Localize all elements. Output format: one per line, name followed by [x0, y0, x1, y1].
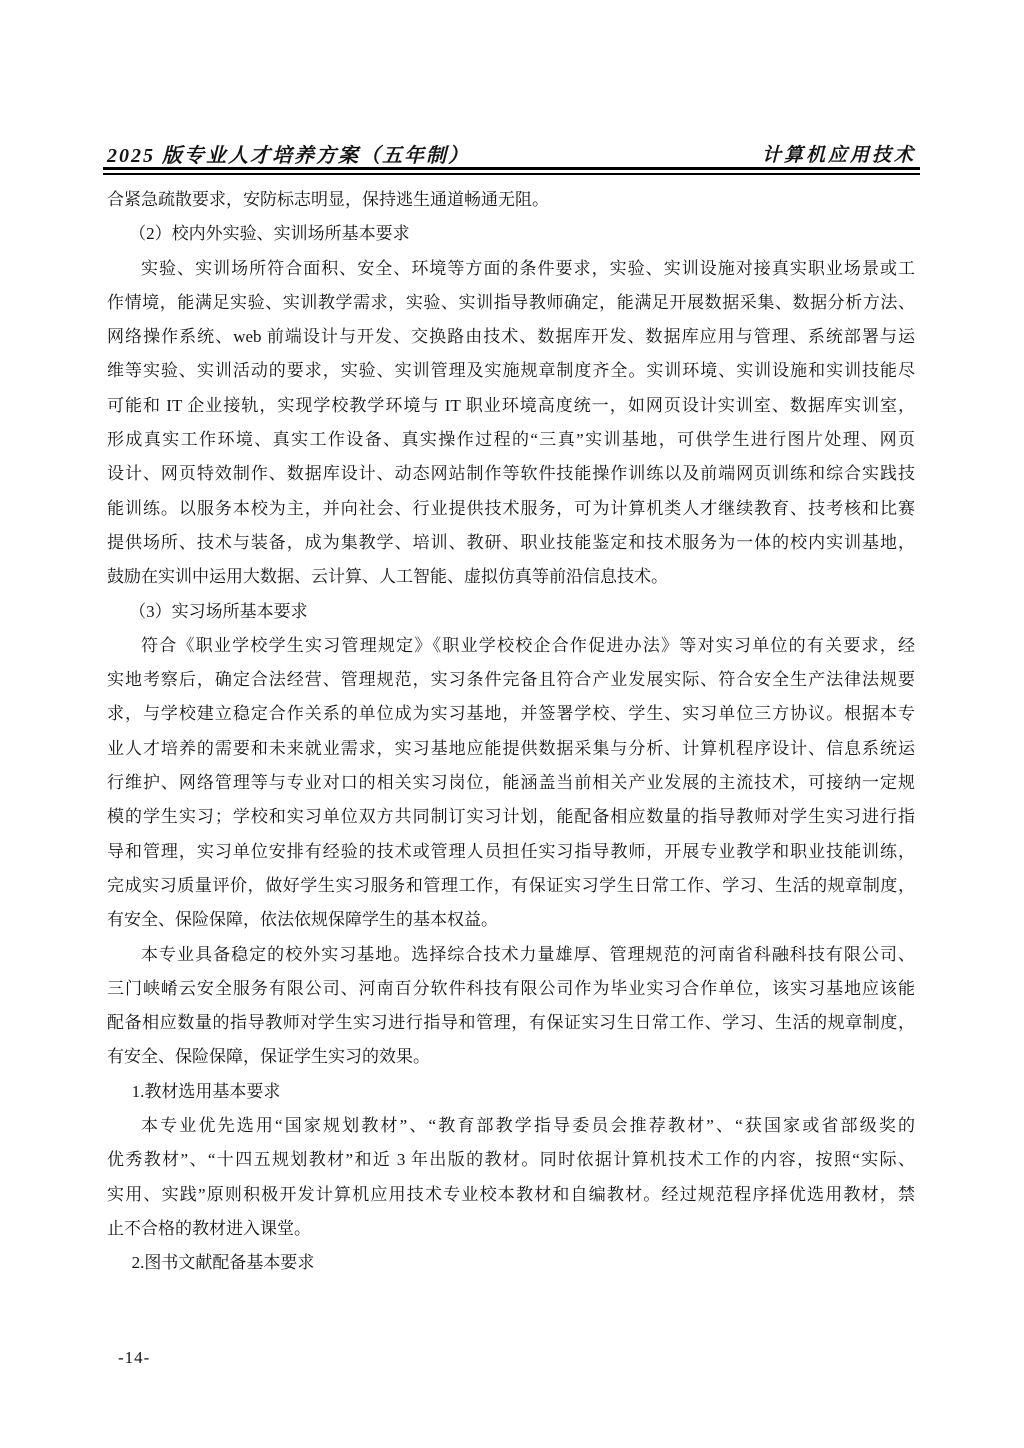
paragraph-line: 本专业具备稳定的校外实习基地。选择综合技术力量雄厚、管理规范的河南省科融科技有限… [107, 938, 915, 972]
paragraph-line: 有安全、保险保障，保证学生实习的效果。 [107, 1040, 915, 1074]
paragraph-line: 符合《职业学校学生实习管理规定》《职业学校校企合作促进办法》等对实习单位的有关要… [107, 629, 915, 663]
page-number: -14- [118, 1348, 150, 1367]
paragraph-line: 合紧急疏散要求，安防标志明显，保持逃生通道畅通无阻。 [107, 183, 915, 217]
paragraph-line: 配备相应数量的指导教师对学生实习进行指导和管理，有保证实习生日常工作、学习、生活… [107, 1006, 915, 1040]
paragraph-line: 导和管理，实习单位安排有经验的技术或管理人员担任实习指导教师，开展专业教学和职业… [107, 835, 915, 869]
paragraph-line: 优秀教材”、“十四五规划教材”和近 3 年出版的教材。同时依据计算机技术工作的内… [107, 1143, 915, 1177]
paragraph-line: 行维护、网络管理等与专业对口的相关实习岗位，能涵盖当前相关产业发展的主流技术，可… [107, 766, 915, 800]
paragraph-line: 能训练。以服务本校为主，并向社会、行业提供技术服务，可为计算机类人才继续教育、技… [107, 492, 915, 526]
paragraph-line: 止不合格的教材进入课堂。 [107, 1212, 915, 1246]
paragraph-line: 提供场所、技术与装备，成为集教学、培训、教研、职业技能鉴定和技术服务为一体的校内… [107, 526, 915, 560]
paragraph-line: 本专业优先选用“国家规划教材”、“教育部教学指导委员会推荐教材”、“获国家或省部… [107, 1109, 915, 1143]
paragraph-line: 求，与学校建立稳定合作关系的单位成为实习基地，并签署学校、学生、实习单位三方协议… [107, 697, 915, 731]
paragraph-line: 作情境，能满足实验、实训教学需求，实验、实训指导教师确定，能满足开展数据采集、数… [107, 286, 915, 320]
paragraph-line: 三门峡崤云安全服务有限公司、河南百分软件科技有限公司作为毕业实习合作单位，该实习… [107, 972, 915, 1006]
paragraph-line: 维等实验、实训活动的要求，实验、实训管理及实施规章制度齐全。实训环境、实训设施和… [107, 354, 915, 388]
paragraph-line: 有安全、保险保障，依法依规保障学生的基本权益。 [107, 903, 915, 937]
page-header: 2025 版专业人才培养方案（五年制） 计算机应用技术 [107, 139, 916, 166]
paragraph-line: 完成实习质量评价，做好学生实习服务和管理工作，有保证实习学生日常工作、学习、生活… [107, 869, 915, 903]
page-footer: -14- [118, 1348, 150, 1368]
paragraph-line: 可能和 IT 企业接轨，实现学校教学环境与 IT 职业环境高度统一，如网页设计实… [107, 389, 915, 423]
section-heading-line: 1.教材选用基本要求 [107, 1075, 915, 1109]
paragraph-line: 实用、实践”原则积极开发计算机应用技术专业校本教材和自编教材。经过规范程序择优选… [107, 1178, 915, 1212]
paragraph-line: 业人才培养的需要和未来就业需求，实习基地应能提供数据采集与分析、计算机程序设计、… [107, 732, 915, 766]
paragraph-line: 形成真实工作环境、真实工作设备、真实操作过程的“三真”实训基地，可供学生进行图片… [107, 423, 915, 457]
paragraph-line: 鼓励在实训中运用大数据、云计算、人工智能、虚拟仿真等前沿信息技术。 [107, 560, 915, 594]
paragraph-line: 模的学生实习；学校和实习单位双方共同制订实习计划，能配备相应数量的指导教师对学生… [107, 800, 915, 834]
header-double-rule [103, 167, 920, 175]
section-heading-line: （2）校内外实验、实训场所基本要求 [107, 217, 915, 251]
section-heading-line: （3）实习场所基本要求 [107, 595, 915, 629]
header-right-title: 计算机应用技术 [762, 140, 916, 167]
paragraph-line: 网络操作系统、web 前端设计与开发、交换路由技术、数据库开发、数据库应用与管理… [107, 320, 915, 354]
document-body: 合紧急疏散要求，安防标志明显，保持逃生通道畅通无阻。（2）校内外实验、实训场所基… [107, 183, 915, 1281]
document-page: 2025 版专业人才培养方案（五年制） 计算机应用技术 合紧急疏散要求，安防标志… [0, 0, 1024, 1448]
header-left-title: 2025 版专业人才培养方案（五年制） [107, 139, 470, 168]
paragraph-line: 设计、网页特效制作、数据库设计、动态网站制作等软件技能操作训练以及前端网页训练和… [107, 457, 915, 491]
section-heading-line: 2.图书文献配备基本要求 [107, 1246, 915, 1280]
paragraph-line: 实地考察后，确定合法经营、管理规范，实习条件完备且符合产业发展实际、符合安全生产… [107, 663, 915, 697]
paragraph-line: 实验、实训场所符合面积、安全、环境等方面的条件要求，实验、实训设施对接真实职业场… [107, 252, 915, 286]
